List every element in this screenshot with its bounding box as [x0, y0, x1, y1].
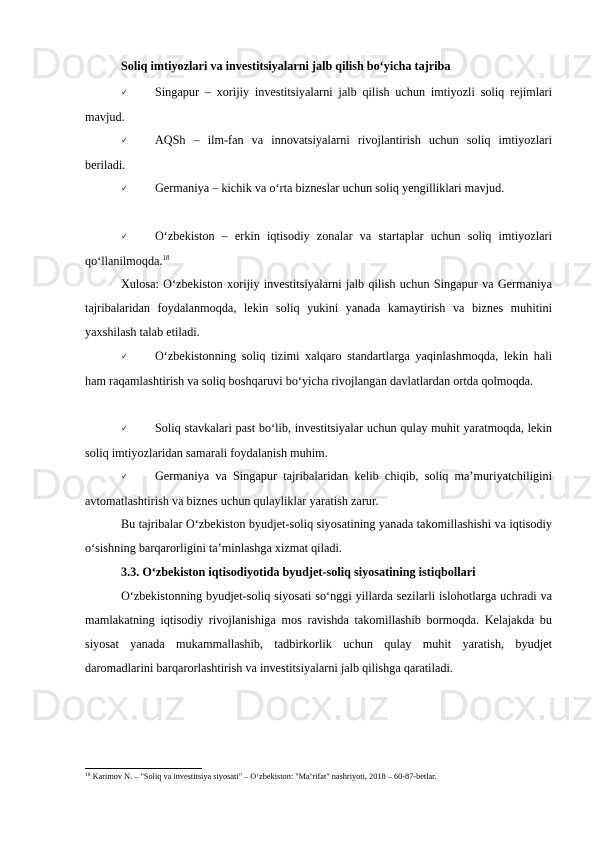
bullet-text: Germaniya – kichik va o‘rta bizneslar uc…	[155, 181, 504, 195]
checkmark-icon: ✓	[85, 81, 155, 105]
bullet-text: O‘zbekistonning soliq tizimi xalqaro sta…	[85, 349, 552, 388]
footnote-separator	[85, 768, 202, 769]
watermark-text: Docx.uz	[30, 686, 185, 726]
bullet-item: ✓Germaniya – kichik va o‘rta bizneslar u…	[85, 176, 552, 201]
footnote-number: 18	[85, 772, 91, 778]
bullet-item: ✓Soliq stavkalari past bo‘lib, investits…	[85, 416, 552, 465]
bullet-text: Singapur – xorijiy investitsiyalarni jal…	[85, 85, 552, 124]
bullet-item: ✓Singapur – xorijiy investitsiyalarni ja…	[85, 80, 552, 129]
closing-paragraph: Bu tajribalar O‘zbekiston byudjet-soliq …	[85, 512, 552, 560]
footnote-text: Karimov N. – "Soliq va investitsiya siyo…	[93, 772, 437, 781]
section-heading: 3.3. O‘zbekiston iqtisodiyotida byudjet-…	[121, 560, 588, 584]
conclusion-paragraph: Xulosa: O‘zbekiston xorijiy investitsiya…	[85, 272, 552, 344]
bullet-text: AQSh – ilm-fan va innovatsiyalarni rivoj…	[85, 133, 552, 172]
bullet-item: ✓Germaniya va Singapur tajribalaridan ke…	[85, 464, 552, 513]
footnote-reference[interactable]: 18	[163, 254, 170, 262]
section-heading: Soliq imtiyozlari va investitsiyalarni j…	[121, 54, 588, 78]
checkmark-icon: ✓	[85, 225, 155, 249]
watermark-text: Docx.uz	[438, 686, 593, 726]
checkmark-icon: ✓	[85, 177, 155, 201]
watermark-row: Docx.uz Docx.uz Docx.uz	[0, 686, 595, 726]
footnote: 18 Karimov N. – "Soliq va investitsiya s…	[85, 771, 565, 783]
watermark-text: Docx.uz	[234, 686, 389, 726]
bullet-item: ✓O‘zbekiston – erkin iqtisodiy zonalar v…	[85, 224, 552, 273]
bullet-text: Soliq stavkalari past bo‘lib, investitsi…	[85, 421, 552, 460]
checkmark-icon: ✓	[85, 465, 155, 489]
checkmark-icon: ✓	[85, 129, 155, 153]
bullet-text: O‘zbekiston – erkin iqtisodiy zonalar va…	[85, 229, 552, 268]
bullet-item: ✓AQSh – ilm-fan va innovatsiyalarni rivo…	[85, 128, 552, 177]
bullet-item: ✓O‘zbekistonning soliq tizimi xalqaro st…	[85, 344, 552, 393]
checkmark-icon: ✓	[85, 345, 155, 369]
bullet-text: Germaniya va Singapur tajribalaridan kel…	[85, 469, 552, 508]
checkmark-icon: ✓	[85, 417, 155, 441]
body-paragraph: O‘zbekistonning byudjet-soliq siyosati s…	[85, 584, 552, 680]
